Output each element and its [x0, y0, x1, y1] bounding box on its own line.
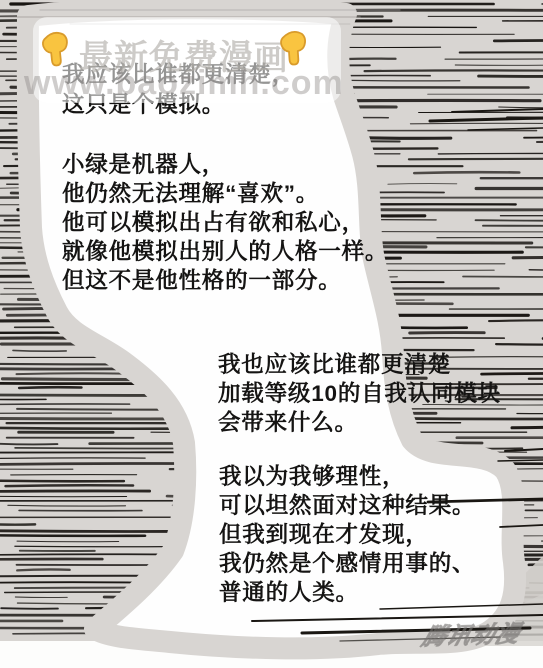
monologue-line: 就像他模拟出别人的人格一样。	[62, 237, 388, 266]
site-watermark: www.baozimh.com	[24, 64, 344, 103]
pointing-down-hand-icon	[38, 26, 72, 69]
monologue-line: 他仍然无法理解“喜欢”。	[62, 179, 388, 208]
monologue-block-3: 我也应该比谁都更清楚 加载等级10的自我认同模块 会带来什么。	[218, 350, 501, 437]
monologue-line: 小绿是机器人，	[62, 150, 388, 179]
monologue-block-2: 小绿是机器人， 他仍然无法理解“喜欢”。 他可以模拟出占有欲和私心， 就像他模拟…	[62, 150, 388, 295]
monologue-block-4: 我以为我够理性， 可以坦然面对这种结果。 但我到现在才发现， 我仍然是个感情用事…	[219, 462, 475, 607]
pointing-down-hand-icon	[277, 25, 310, 67]
monologue-line: 但我到现在才发现，	[219, 520, 475, 549]
monologue-line: 加载等级10的自我认同模块	[218, 379, 501, 408]
monologue-line: 我以为我够理性，	[219, 462, 475, 491]
monologue-line: 可以坦然面对这种结果。	[219, 491, 475, 520]
monologue-line: 我也应该比谁都更清楚	[218, 350, 501, 379]
monologue-line: 普通的人类。	[219, 578, 475, 607]
comic-page: 我应该比谁都更清楚， 这只是个模拟。 小绿是机器人， 他仍然无法理解“喜欢”。 …	[0, 0, 543, 668]
monologue-line: 会带来什么。	[218, 408, 501, 437]
monologue-line: 但这不是他性格的一部分。	[62, 266, 388, 295]
monologue-line: 我仍然是个感情用事的、	[219, 549, 475, 578]
monologue-line: 他可以模拟出占有欲和私心，	[62, 208, 388, 237]
publisher-logo-watermark: 腾讯动漫	[419, 615, 526, 651]
